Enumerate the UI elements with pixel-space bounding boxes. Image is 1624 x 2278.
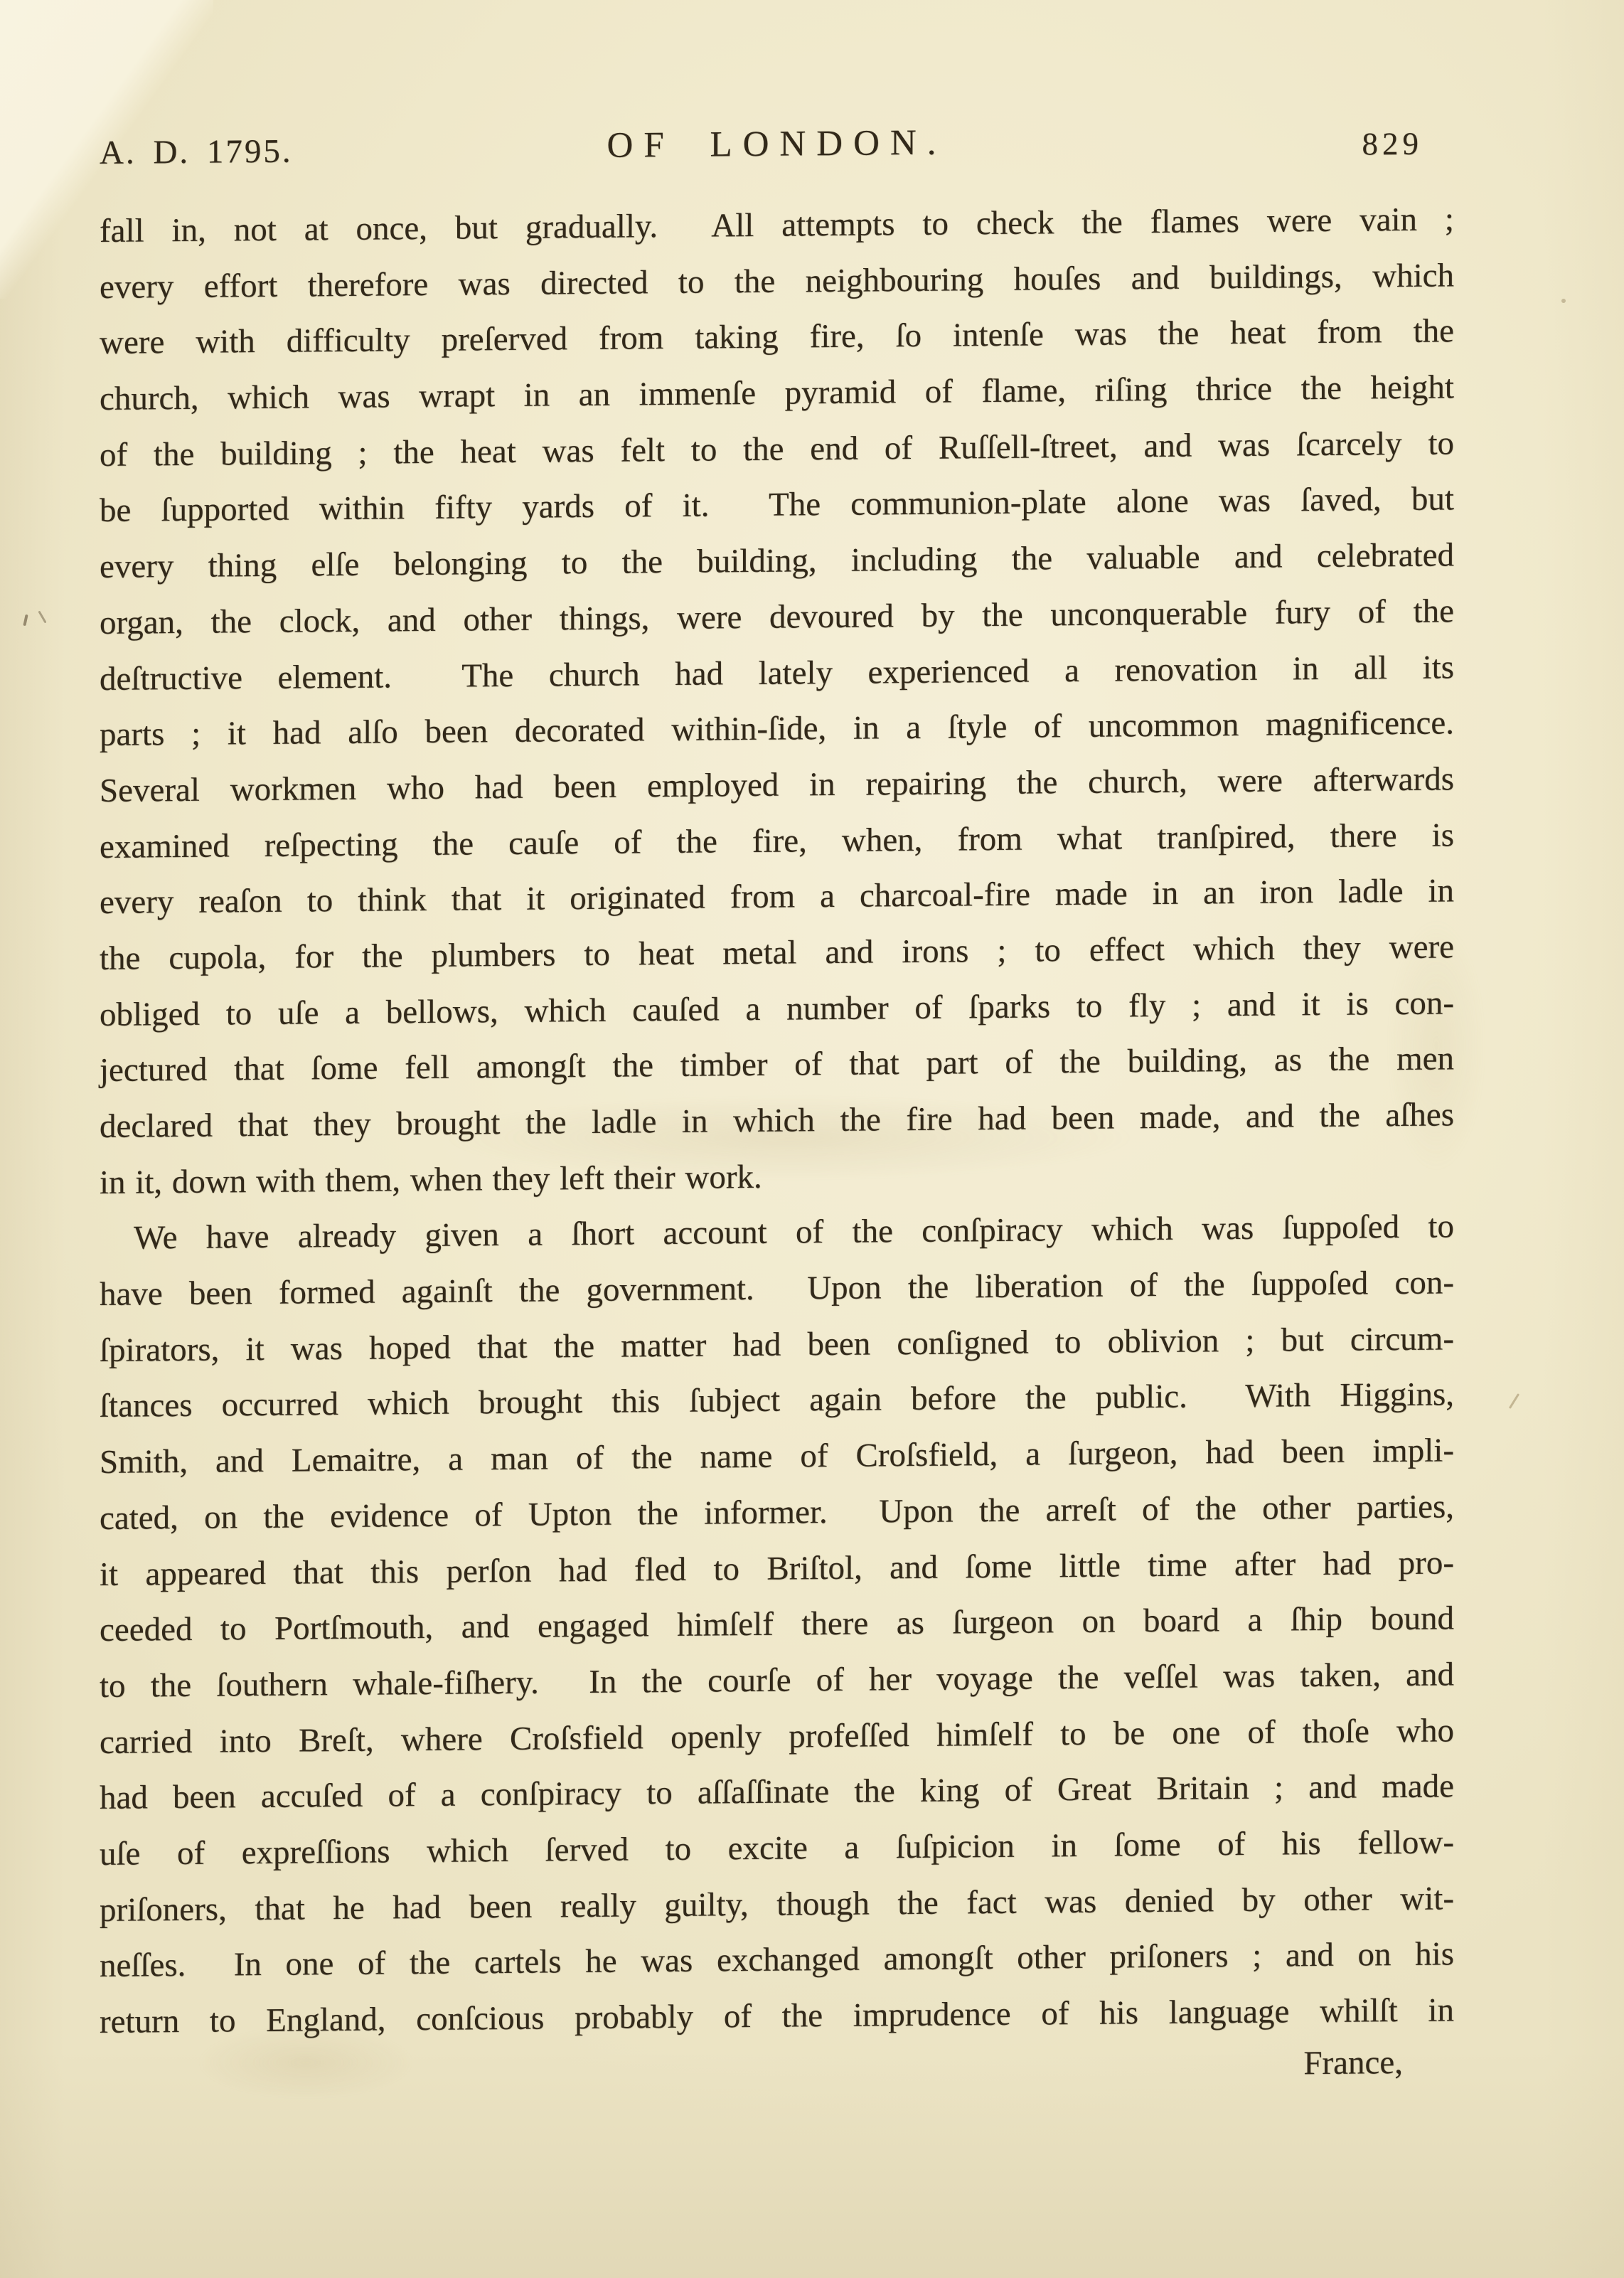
margin-ink-speck bbox=[38, 611, 46, 624]
text-line: return to England, conſcious probably of… bbox=[100, 1982, 1454, 2050]
header-page-number: 829 bbox=[1362, 125, 1423, 163]
margin-ink-speck bbox=[1561, 299, 1566, 303]
text-line: declared that they brought the ladle in … bbox=[100, 1087, 1454, 1154]
margin-ink-speck bbox=[23, 614, 28, 626]
header-date: A. D. 1795. bbox=[100, 132, 293, 172]
paragraph-1: fall in, not at once, but gradually. All… bbox=[100, 191, 1454, 1210]
margin-ink-speck bbox=[1509, 1393, 1519, 1409]
text-block: A. D. 1795. OF LONDON. 829 fall in, not … bbox=[100, 116, 1454, 2102]
header-title: OF LONDON. bbox=[607, 122, 947, 166]
book-page-scan: A. D. 1795. OF LONDON. 829 fall in, not … bbox=[0, 0, 1624, 2278]
running-header: A. D. 1795. OF LONDON. 829 bbox=[100, 116, 1454, 175]
paragraph-2: We have already given a ſhort account of… bbox=[100, 1199, 1454, 2050]
